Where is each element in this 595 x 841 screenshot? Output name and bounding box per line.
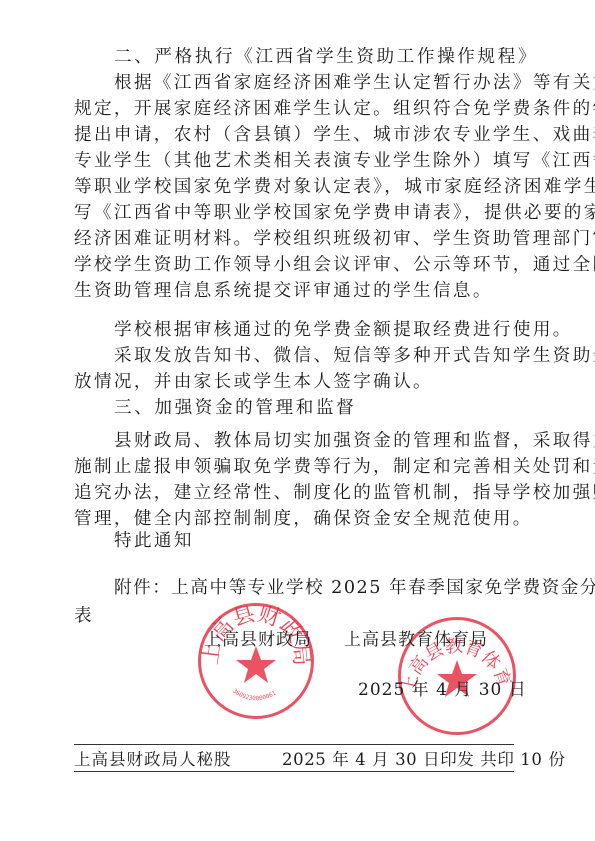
text-line: 提出申请，农村（含县镇）学生、城市涉农专业学生、戏曲表演 [74, 125, 514, 145]
text-line: 县财政局、教体局切实加强资金的管理和监督，采取得力措 [114, 431, 514, 451]
signature-date: 2025 年 4 月 30 日 [358, 680, 527, 700]
text-line: 采取发放告知书、微信、短信等多种开式告知学生资助金发 [114, 346, 514, 366]
text-line: 规定，开展家庭经济困难学生认定。组织符合免学费条件的学生 [74, 99, 514, 119]
svg-text:3609230000061: 3609230000061 [231, 688, 278, 703]
footer-bottom-rule [74, 771, 514, 772]
footer-top-rule [74, 744, 514, 745]
text-line: 等职业学校国家免学费对象认定表》，城市家庭经济困难学生填 [74, 177, 514, 197]
seal-icon: 上高县财政局 3609230000061 [201, 606, 311, 716]
text-line: 经济困难证明材料。学校组织班级初审、学生资助管理部门审核、 [74, 229, 514, 249]
footer-issue-info: 2025 年 4 月 30 日印发 共印 10 份 [282, 750, 514, 770]
section-2-paragraph-2: 学校根据审核通过的免学费金额提取经费进行使用。 [114, 320, 514, 340]
text-line: 写《江西省中等职业学校国家免学费申请表》，提供必要的家庭 [74, 203, 514, 223]
text-line: 追究办法，建立经常性、制度化的监管机制，指导学校加强财务 [74, 483, 514, 503]
finance-bureau-seal: 上高县财政局 3609230000061 [198, 603, 314, 719]
signature-education-bureau: 上高县教育体育局 [344, 630, 488, 650]
text-line: 学校学生资助工作领导小组会议评审、公示等环节，通过全国学 [74, 255, 514, 275]
closing-notice: 特此通知 [114, 531, 514, 551]
footer-issuer: 上高县财政局人秘股 [74, 750, 232, 770]
section-3-heading: 三、加强资金的管理和监督 [114, 398, 514, 418]
attachment-line: 附件：上高中等专业学校 2025 年春季国家免学费资金分配 [114, 578, 514, 598]
text-line: 根据《江西省家庭经济困难学生认定暂行办法》等有关文件 [114, 73, 514, 93]
text-line: 专业学生（其他艺术类相关表演专业学生除外）填写《江西省中 [74, 151, 514, 171]
signature-finance-bureau: 上高县财政局 [204, 630, 312, 650]
text-line: 生资助管理信息系统提交评审通过的学生信息。 [74, 281, 514, 301]
text-line: 施制止虚报申领骗取免学费等行为，制定和完善相关处罚和责任 [74, 457, 514, 477]
section-2-heading: 二、严格执行《江西省学生资助工作操作规程》 [114, 47, 514, 67]
text-line: 管理，健全内部控制制度，确保资金安全规范使用。 [74, 509, 514, 529]
text-line: 放情况，并由家长或学生本人签字确认。 [74, 372, 514, 392]
